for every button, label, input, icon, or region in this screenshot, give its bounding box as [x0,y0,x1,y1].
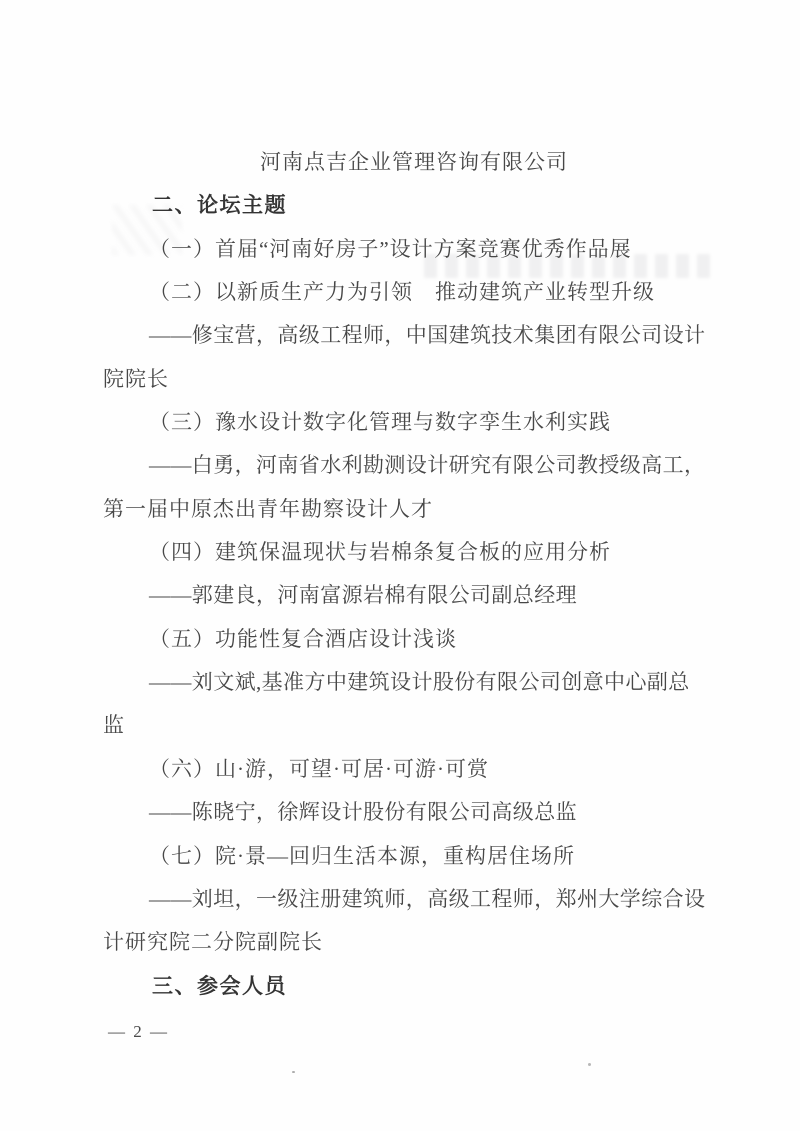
topic-5-line: （五）功能性复合酒店设计浅谈 [103,618,700,661]
topic-3-line: （三）豫水设计数字化管理与数字孪生水利实践 [103,401,700,444]
speaker-7-continuation-line: 计研究院二分院副院长 [103,921,700,964]
topic-1-line: （一）首届“河南好房子”设计方案竞赛优秀作品展 [103,228,700,271]
topic-6-line: （六）山·游，可望·可居·可游·可赏 [103,748,700,791]
speaker-5-line: ——刘文斌,基准方中建筑设计股份有限公司创意中心副总 [103,661,700,704]
section-3-heading: 三、参会人员 [103,965,700,1008]
speaker-2-line: ——修宝营，高级工程师，中国建筑技术集团有限公司设计 [103,314,700,357]
topic-2-line: （二）以新质生产力为引领 推动建筑产业转型升级 [103,271,700,314]
speaker-7-line: ——刘坦，一级注册建筑师，高级工程师，郑州大学综合设 [103,878,700,921]
speaker-4-line: ——郭建良，河南富源岩棉有限公司副总经理 [103,574,700,617]
company-name-line: 河南点吉企业管理咨询有限公司 [103,141,700,184]
topic-4-line: （四）建筑保温现状与岩棉条复合板的应用分析 [103,531,700,574]
speaker-3-continuation-line: 第一届中原杰出青年勘察设计人才 [103,488,700,531]
scan-speck [292,1071,295,1073]
document-page: 河南点吉企业管理咨询有限公司 二、论坛主题 （一）首届“河南好房子”设计方案竞赛… [0,0,800,1131]
topic-7-line: （七）院·景—回归生活本源，重构居住场所 [103,835,700,878]
speaker-5-continuation-line: 监 [103,704,700,747]
speaker-3-line: ——白勇，河南省水利勘测设计研究有限公司教授级高工， [103,444,700,487]
speaker-2-continuation-line: 院院长 [103,358,700,401]
scan-speck [588,1063,591,1066]
document-body: 河南点吉企业管理咨询有限公司 二、论坛主题 （一）首届“河南好房子”设计方案竞赛… [103,141,700,1008]
speaker-6-line: ——陈晓宁，徐辉设计股份有限公司高级总监 [103,791,700,834]
section-2-heading: 二、论坛主题 [103,184,700,227]
page-number: — 2 — [108,1022,169,1042]
